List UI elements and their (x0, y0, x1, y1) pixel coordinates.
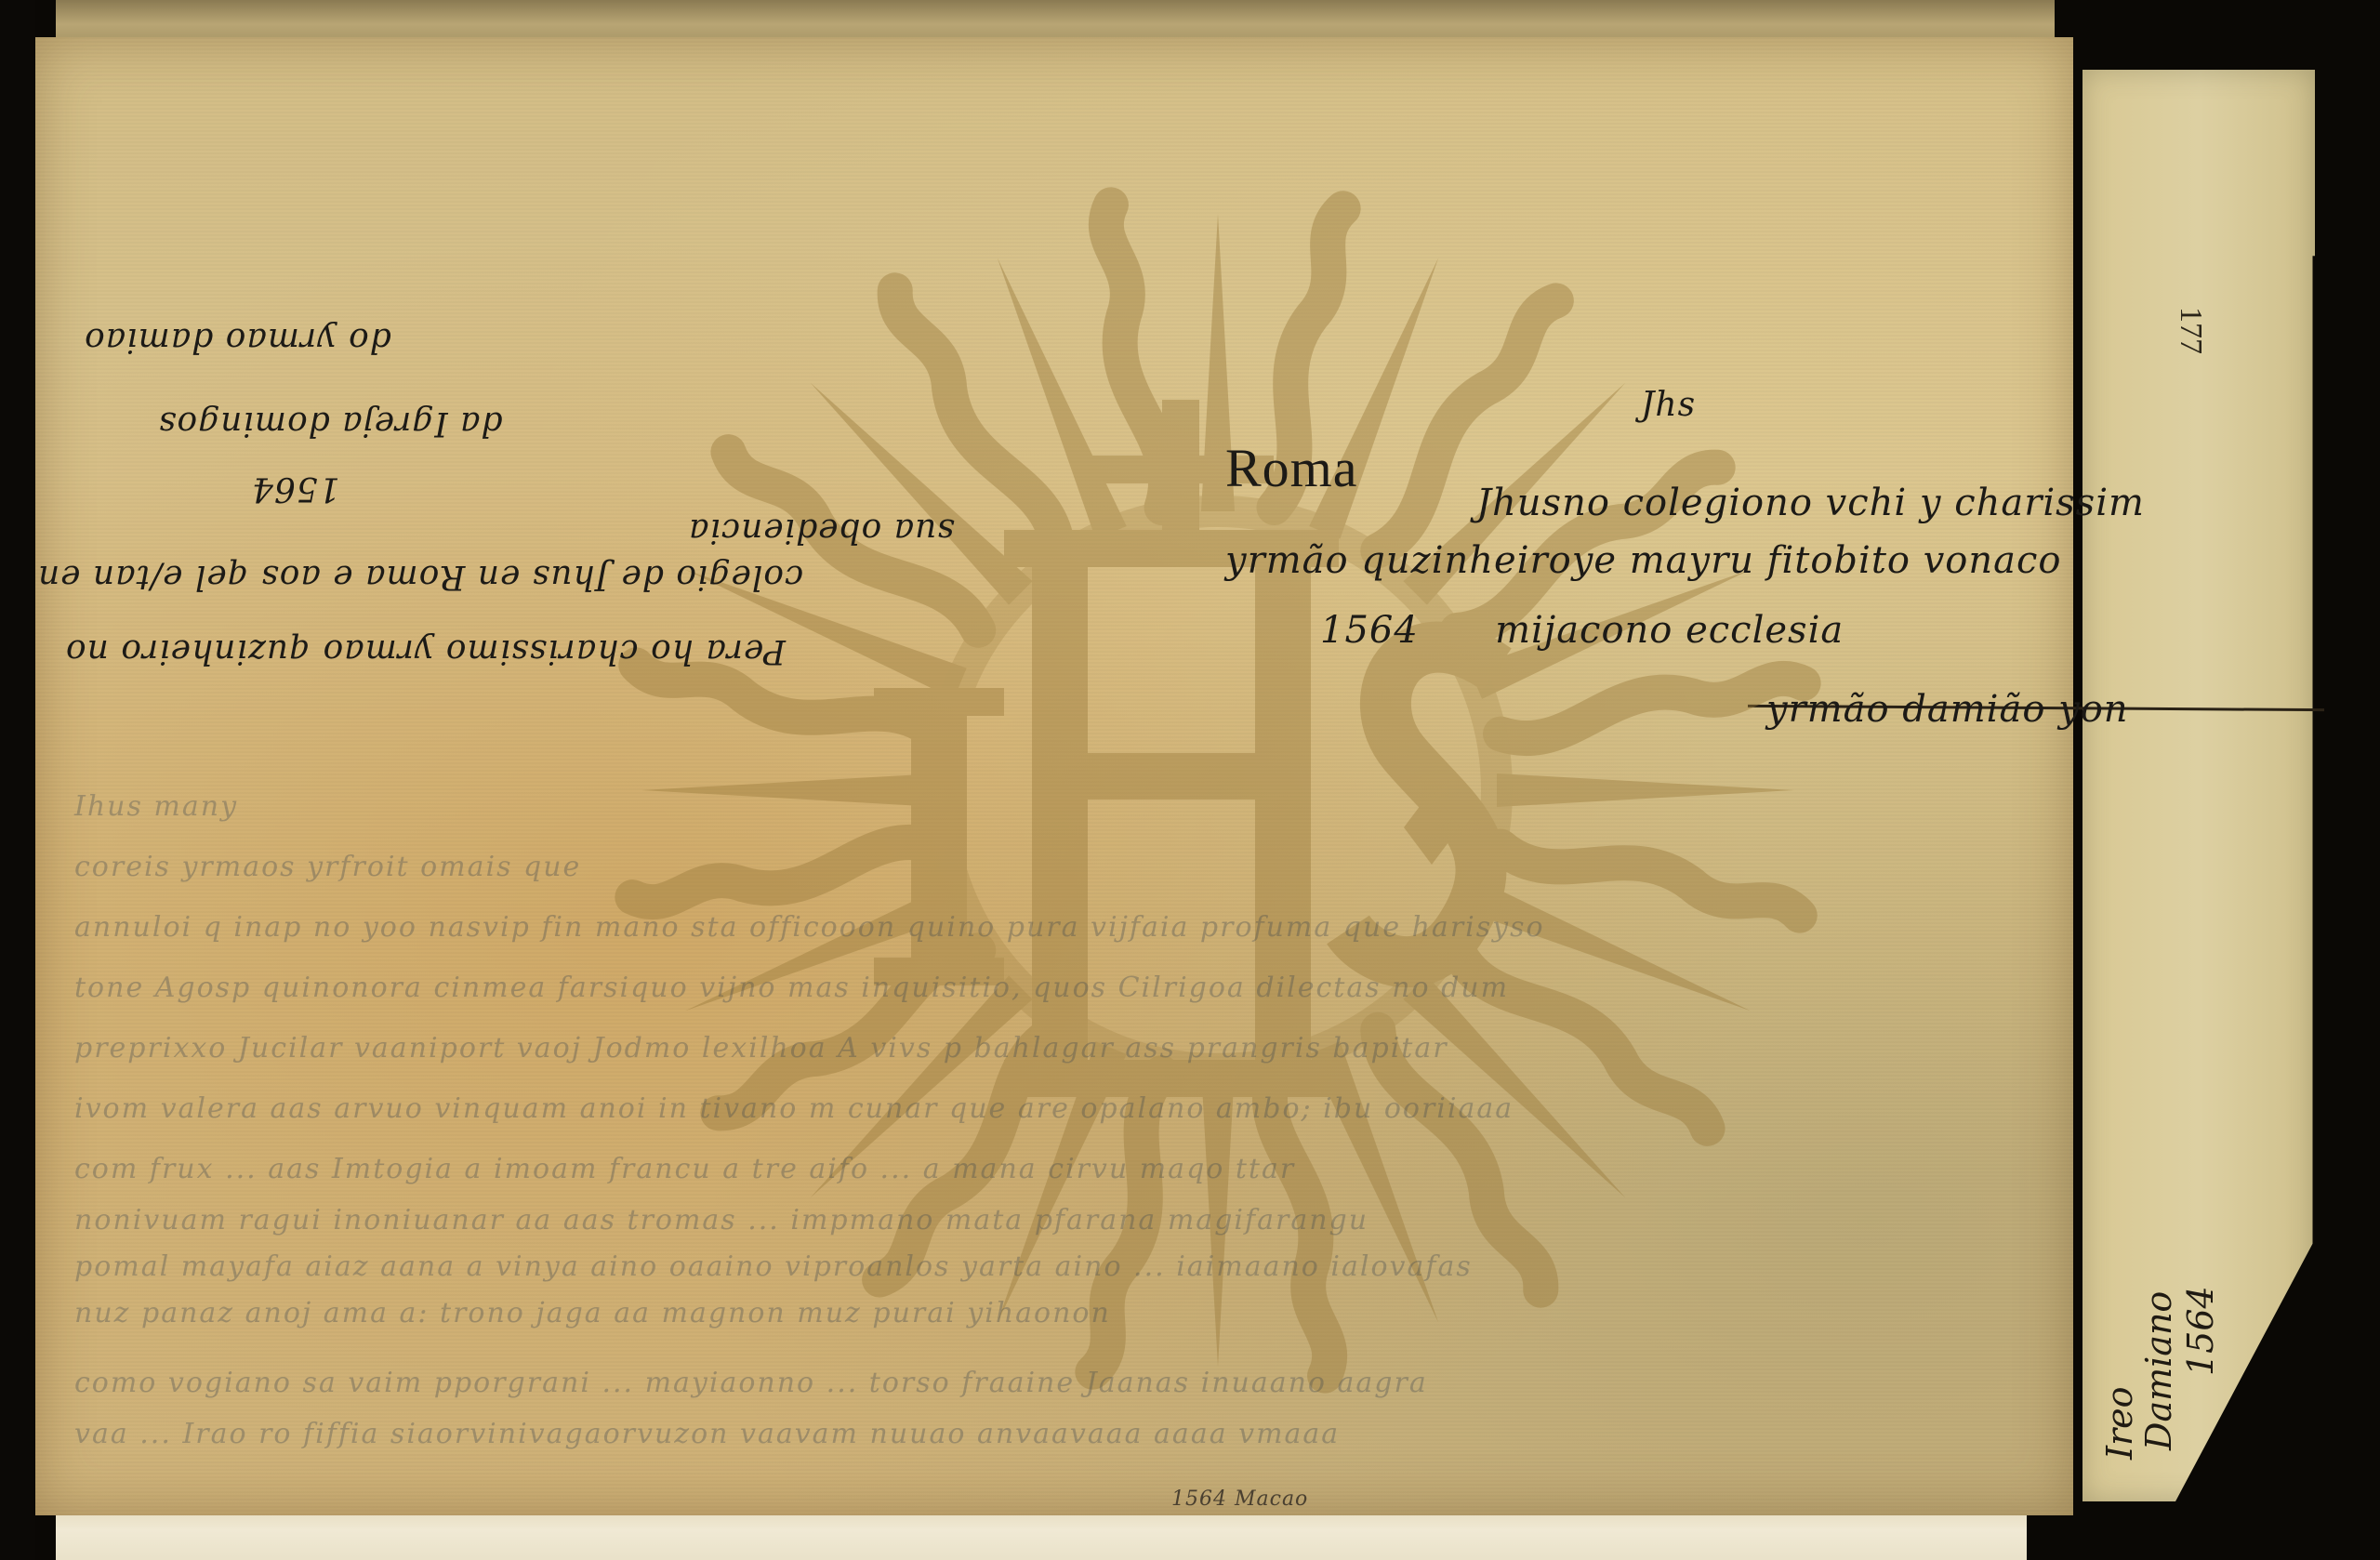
address-line: yrmão quzinheiroye mayru fitobito vonaco (1225, 539, 2061, 582)
margin-note-vertical: 1564 (2180, 1286, 2221, 1376)
bleed-line: nonivuam ragui inoniuanar aa aas tromas … (74, 1204, 1368, 1236)
bottom-margin-note: 1564 Macao (1171, 1487, 1308, 1511)
inverted-line: sua obediencia (688, 511, 955, 549)
manuscript-scan: Ihus many coreis yrmaos yrfroit omais qu… (0, 0, 2380, 1560)
folio-number: 177 (2173, 307, 2208, 354)
address-place: Roma (1225, 437, 1358, 499)
inverted-line: 1564 (251, 469, 340, 508)
scan-background-left (0, 0, 35, 1560)
margin-note-vertical: Ireo (2099, 1386, 2140, 1460)
ihs-sunburst-watermark-icon (521, 139, 1915, 1441)
bleed-line: como vogiano sa vaim pporgrani ... mayia… (74, 1367, 1428, 1399)
bleed-line: preprixxo Jucilar vaaniport vaoj Jodmo l… (74, 1032, 1448, 1064)
bleed-line: vaa ... Irao ro fiffia siaorvinivagaorvu… (74, 1418, 1340, 1450)
bleed-line: nuz panaz anoj ama a: trono jaga aa magn… (74, 1297, 1111, 1329)
inverted-line: da Igreja domingos (158, 404, 503, 443)
address-line: Jhusno colegiono vchi y charissim (1476, 482, 2145, 524)
margin-note-vertical: Damiano (2138, 1291, 2179, 1450)
jhs-monogram: Jhs (1641, 386, 1696, 424)
address-line: yrmão damião yon (1766, 688, 2129, 731)
bleed-line: com frux ... aas Imtogia a imoam francu … (74, 1153, 1295, 1185)
inverted-line: colegio de Jhus en Roma e aos qel e/tan … (37, 558, 803, 596)
inverted-line: do yrmao damiao (84, 321, 391, 359)
bleed-line: coreis yrmaos yrfroit omais que (74, 851, 581, 883)
bleed-line: tone Agosp quinonora cinmea farsiquo vij… (74, 972, 1509, 1004)
bleed-line: pomal mayafa aiaz aana a vinya aino oaai… (74, 1250, 1473, 1283)
inverted-line: Pera ho charissimo yrmao quzinheiro no (65, 632, 786, 670)
address-line: 1564 mijacono ecclesia (1320, 609, 1844, 652)
bleed-line: Ihus many (74, 790, 238, 823)
bleed-line: annuloi q inap no yoo nasvip fin mano st… (74, 911, 1545, 944)
bleed-line: ivom valera aas arvuo vinquam anoi in ti… (74, 1092, 1514, 1125)
